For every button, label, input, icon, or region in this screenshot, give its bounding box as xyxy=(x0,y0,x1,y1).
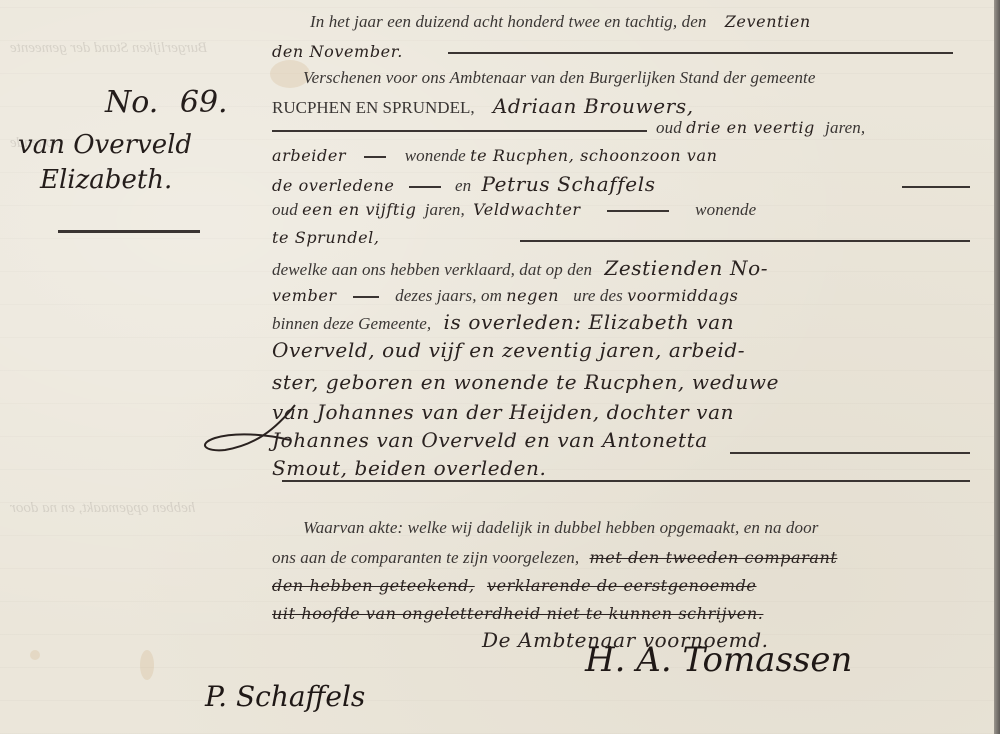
record-line-9: te Sprundel, xyxy=(272,228,380,248)
dash-rule xyxy=(607,210,669,212)
record-line-1: In het jaar een duizend acht honderd twe… xyxy=(310,12,811,32)
dash-rule xyxy=(364,156,386,158)
record-line-17: Smout, beiden overleden. xyxy=(272,458,547,480)
record-line-4: RUCPHEN EN SPRUNDEL, Adriaan Brouwers, xyxy=(272,96,694,118)
dash-rule xyxy=(409,186,441,188)
bleed-through-text: Burgerlijken Stand der gemeente xyxy=(10,40,207,57)
fill-rule xyxy=(902,186,970,188)
margin-surname: van Overveld xyxy=(18,130,192,160)
record-line-15: van Johannes van der Heijden, dochter va… xyxy=(272,402,734,424)
fill-rule xyxy=(520,240,970,242)
closing-line-2: ons aan de comparanten te zijn voorgelez… xyxy=(272,548,837,568)
record-line-3: Verschenen voor ons Ambtenaar van den Bu… xyxy=(303,68,816,88)
record-line-14: ster, geboren en wonende te Rucphen, wed… xyxy=(272,372,779,394)
record-line-5: oud drie en veertig jaren, xyxy=(656,118,865,138)
fill-rule xyxy=(282,480,970,482)
record-line-11: vember dezes jaars, om negen ure des voo… xyxy=(272,286,738,306)
record-number: No. 69. xyxy=(105,85,228,120)
margin-given-name: Elizabeth. xyxy=(40,165,172,195)
record-line-13: Overveld, oud vijf en zeventig jaren, ar… xyxy=(272,340,745,362)
paper-stain xyxy=(30,650,40,660)
official-signature: H. A. Tomassen xyxy=(585,640,852,680)
record-line-2: den November. xyxy=(272,42,403,62)
paper-stain xyxy=(140,650,154,680)
witness-signature: P. Schaffels xyxy=(205,680,365,713)
closing-line-4: uit hoofde van ongeletterdheid niet te k… xyxy=(272,604,763,624)
record-line-12: binnen deze Gemeente, is overleden: Eliz… xyxy=(272,312,734,334)
closing-line-3: den hebben geteekend, verklarende de eer… xyxy=(272,576,757,596)
bleed-through-text: hebben opgemaakt, en na door xyxy=(10,500,195,517)
record-line-6: arbeider wonende te Rucphen, schoonzoon … xyxy=(272,146,717,166)
fill-rule xyxy=(272,130,647,132)
page-edge xyxy=(994,0,1000,734)
record-line-10: dewelke aan ons hebben verklaard, dat op… xyxy=(272,258,768,280)
fill-rule xyxy=(730,452,970,454)
record-line-7: de overledene en Petrus Schaffels xyxy=(272,174,656,196)
fill-rule xyxy=(448,52,953,54)
closing-line-1: Waarvan akte: welke wij dadelijk in dubb… xyxy=(303,518,818,538)
flourish-stroke xyxy=(195,400,305,460)
record-line-8: oud een en vijftig jaren, Veldwachter wo… xyxy=(272,200,756,220)
record-number-value: 69. xyxy=(180,85,228,120)
record-line-16: Johannes van Overveld en van Antonetta xyxy=(272,430,708,452)
margin-rule xyxy=(58,230,200,233)
record-number-label: No. xyxy=(105,85,158,120)
dash-rule xyxy=(353,296,379,298)
